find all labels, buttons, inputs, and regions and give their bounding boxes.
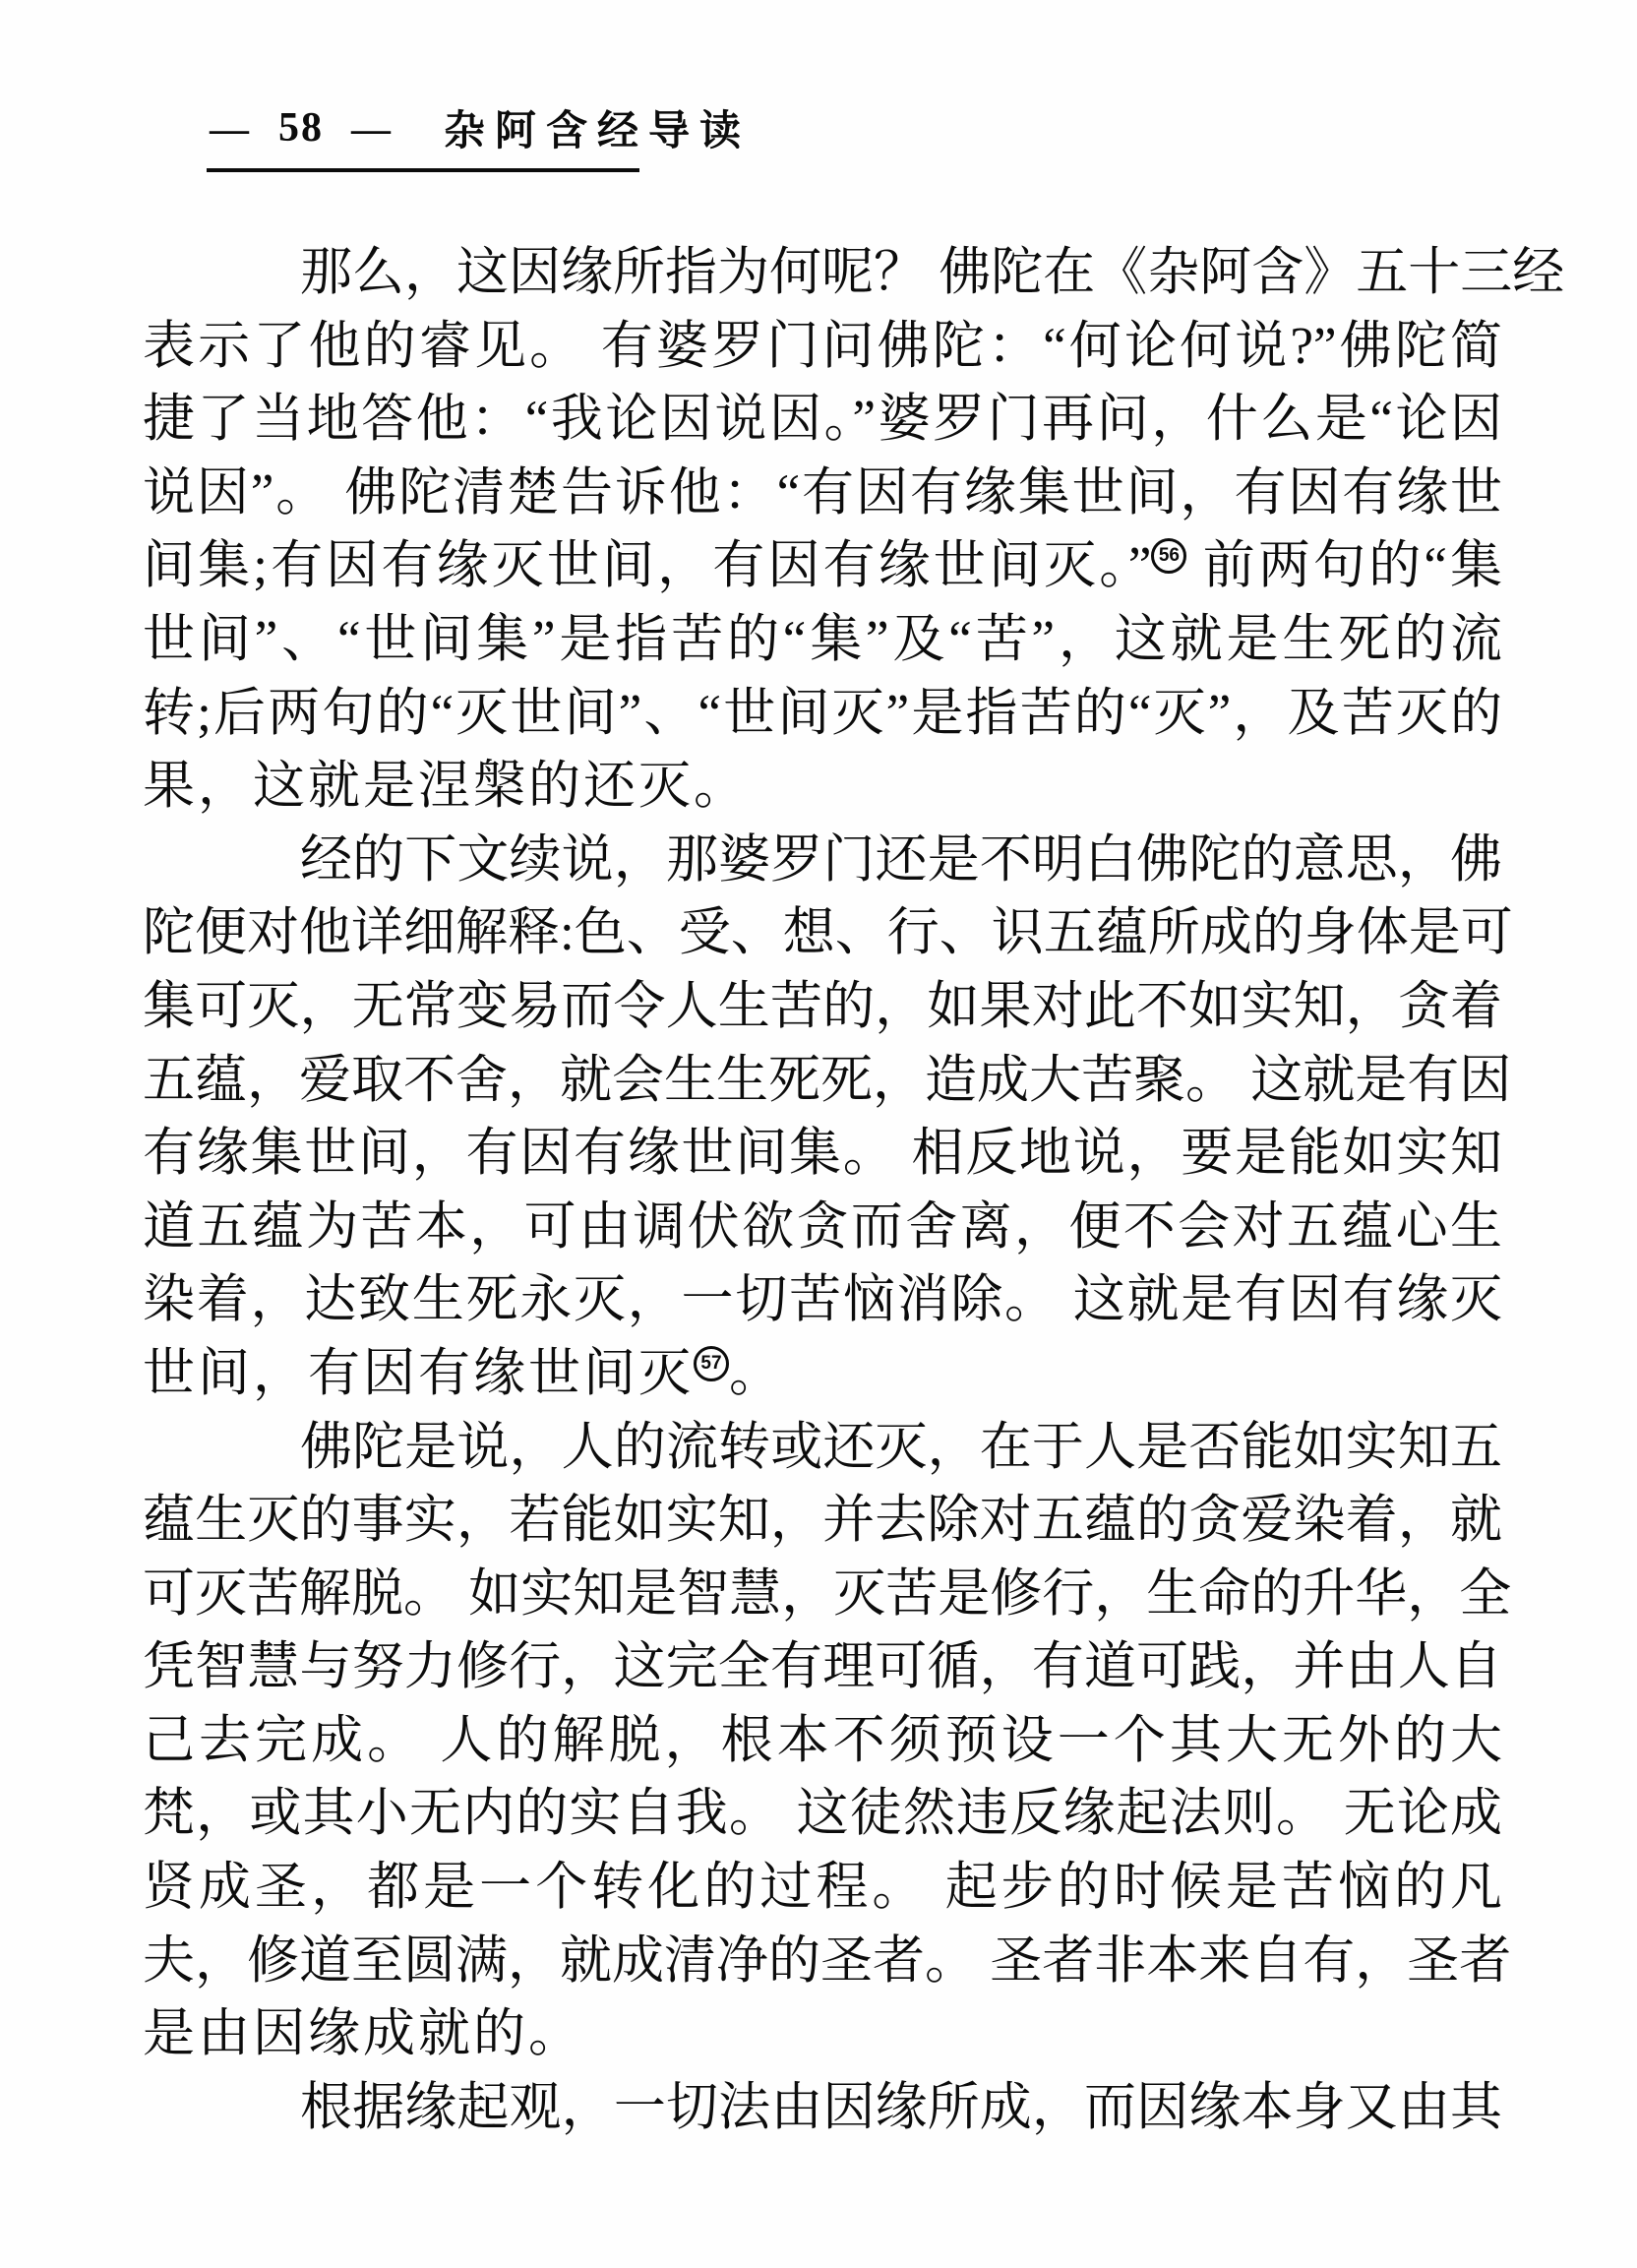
text-line: 道五蕴为苦本，可由调伏欲贪而舍离，便不会对五蕴心生 (143, 1191, 1502, 1264)
text-run: 有缘集世间，有因有缘世间集。 相反地说，要是能如实知 (143, 1125, 1502, 1182)
text-line: 佛陀是说，人的流转或还灭，在于人是否能如实知五 (143, 1411, 1502, 1485)
page-number: 58 (278, 104, 324, 152)
text-run: 陀便对他详细解释:色、受、想、行、识五蕴所成的身体是可 (143, 904, 1513, 961)
text-line: 经的下文续说，那婆罗门还是不明白佛陀的意思，佛 (143, 824, 1502, 897)
text-run: 是由因缘成就的。 (143, 2005, 583, 2062)
text-line: 夫，修道至圆满，就成清净的圣者。 圣者非本来自有，圣者 (143, 1925, 1502, 1998)
page-header: — 58 — 杂阿含经导读 (210, 98, 751, 157)
text-run: 蕴生灭的事实，若能如实知，并去除对五蕴的贪爱染着，就 (143, 1492, 1502, 1549)
text-run: 捷了当地答他：“我论因说因。”婆罗门再问，什么是“论因 (143, 391, 1502, 448)
text-run: 凭智慧与努力修行，这完全有理可循，有道可践，并由人自 (143, 1638, 1502, 1695)
text-line: 转;后两句的“灭世间”、“世间灭”是指苦的“灭”，及苦灭的 (143, 677, 1502, 751)
page-body: 那么，这因缘所指为何呢？ 佛陀在《杂阿含》五十三经表示了他的睿见。 有婆罗门问佛… (143, 236, 1502, 2144)
text-run: 表示了他的睿见。 有婆罗门问佛陀：“何论何说?”佛陀简 (143, 318, 1502, 375)
text-line: 蕴生灭的事实，若能如实知，并去除对五蕴的贪爱染着，就 (143, 1484, 1502, 1558)
text-run: 五蕴，爱取不舍，就会生生死死，造成大苦聚。 这就是有因 (143, 1052, 1511, 1109)
text-line: 世间”、“世间集”是指苦的“集”及“苦”，这就是生死的流 (143, 603, 1502, 677)
header-underline (207, 168, 639, 172)
text-run: 集可灭，无常变易而令人生苦的，如果对此不如实知，贪着 (143, 978, 1502, 1035)
text-run: 可灭苦解脱。 如实知是智慧，灭苦是修行，生命的升华，全 (143, 1565, 1511, 1623)
text-run: 说因”。 佛陀清楚告诉他：“有因有缘集世间，有因有缘世 (143, 464, 1502, 521)
text-line: 己去完成。 人的解脱，根本不须预设一个其大无外的大 (143, 1704, 1502, 1778)
text-line: 说因”。 佛陀清楚告诉他：“有因有缘集世间，有因有缘世 (143, 457, 1502, 530)
text-run: 根据缘起观，一切法由因缘所成，而因缘本身又由其 (300, 2079, 1502, 2136)
text-run: 世间”、“世间集”是指苦的“集”及“苦”，这就是生死的流 (143, 611, 1502, 668)
text-run: 间集;有因有缘灭世间，有因有缘世间灭。” (143, 537, 1151, 594)
footnote-marker: 56 (1151, 538, 1186, 574)
text-line: 间集;有因有缘灭世间，有因有缘世间灭。”56 前两句的“集 (143, 529, 1502, 603)
book-page: — 58 — 杂阿含经导读 那么，这因缘所指为何呢？ 佛陀在《杂阿含》五十三经表… (0, 0, 1637, 2268)
text-line: 陀便对他详细解释:色、受、想、行、识五蕴所成的身体是可 (143, 896, 1502, 970)
text-line: 集可灭，无常变易而令人生苦的，如果对此不如实知，贪着 (143, 970, 1502, 1044)
text-line: 可灭苦解脱。 如实知是智慧，灭苦是修行，生命的升华，全 (143, 1558, 1502, 1631)
text-run: 佛陀是说，人的流转或还灭，在于人是否能如实知五 (300, 1419, 1502, 1476)
text-line: 五蕴，爱取不舍，就会生生死死，造成大苦聚。 这就是有因 (143, 1044, 1502, 1118)
text-run: 那么，这因缘所指为何呢？ 佛陀在《杂阿含》五十三经 (300, 244, 1564, 301)
header-dash-left: — (210, 105, 251, 152)
text-run: 染着，达致生死永灭，一切苦恼消除。 这就是有因有缘灭 (143, 1271, 1502, 1328)
text-run: 世间，有因有缘世间灭 (143, 1345, 694, 1402)
text-line: 表示了他的睿见。 有婆罗门问佛陀：“何论何说?”佛陀简 (143, 310, 1502, 384)
text-run: 己去完成。 人的解脱，根本不须预设一个其大无外的大 (143, 1712, 1502, 1769)
text-line: 凭智慧与努力修行，这完全有理可循，有道可践，并由人自 (143, 1630, 1502, 1704)
text-run: 经的下文续说，那婆罗门还是不明白佛陀的意思，佛 (300, 831, 1502, 889)
text-run: 贤成圣，都是一个转化的过程。 起步的时候是苦恼的凡 (143, 1859, 1502, 1916)
footnote-marker: 57 (694, 1346, 729, 1381)
text-run: 转;后两句的“灭世间”、“世间灭”是指苦的“灭”，及苦灭的 (143, 685, 1502, 742)
text-line: 染着，达致生死永灭，一切苦恼消除。 这就是有因有缘灭 (143, 1263, 1502, 1337)
text-line: 梵，或其小无内的实自我。 这徒然违反缘起法则。 无论成 (143, 1777, 1502, 1851)
text-line: 世间，有因有缘世间灭57。 (143, 1337, 1502, 1411)
text-run: 果，这就是涅槃的还灭。 (143, 758, 749, 815)
text-line: 贤成圣，都是一个转化的过程。 起步的时候是苦恼的凡 (143, 1851, 1502, 1925)
text-line: 果，这就是涅槃的还灭。 (143, 750, 1502, 824)
header-dash-right: — (351, 105, 393, 152)
text-run: 道五蕴为苦本，可由调伏欲贪而舍离，便不会对五蕴心生 (143, 1198, 1502, 1256)
book-title: 杂阿含经导读 (444, 98, 751, 157)
text-line: 根据缘起观，一切法由因缘所成，而因缘本身又由其 (143, 2071, 1502, 2145)
text-line: 有缘集世间，有因有缘世间集。 相反地说，要是能如实知 (143, 1117, 1502, 1191)
text-line: 是由因缘成就的。 (143, 1997, 1502, 2071)
text-run: 梵，或其小无内的实自我。 这徒然违反缘起法则。 无论成 (143, 1785, 1502, 1842)
text-run: 夫，修道至圆满，就成清净的圣者。 圣者非本来自有，圣者 (143, 1932, 1511, 1990)
text-run: 。 (729, 1345, 784, 1402)
text-line: 那么，这因缘所指为何呢？ 佛陀在《杂阿含》五十三经 (143, 236, 1502, 310)
text-line: 捷了当地答他：“我论因说因。”婆罗门再问，什么是“论因 (143, 383, 1502, 457)
text-run: 前两句的“集 (1186, 537, 1502, 594)
